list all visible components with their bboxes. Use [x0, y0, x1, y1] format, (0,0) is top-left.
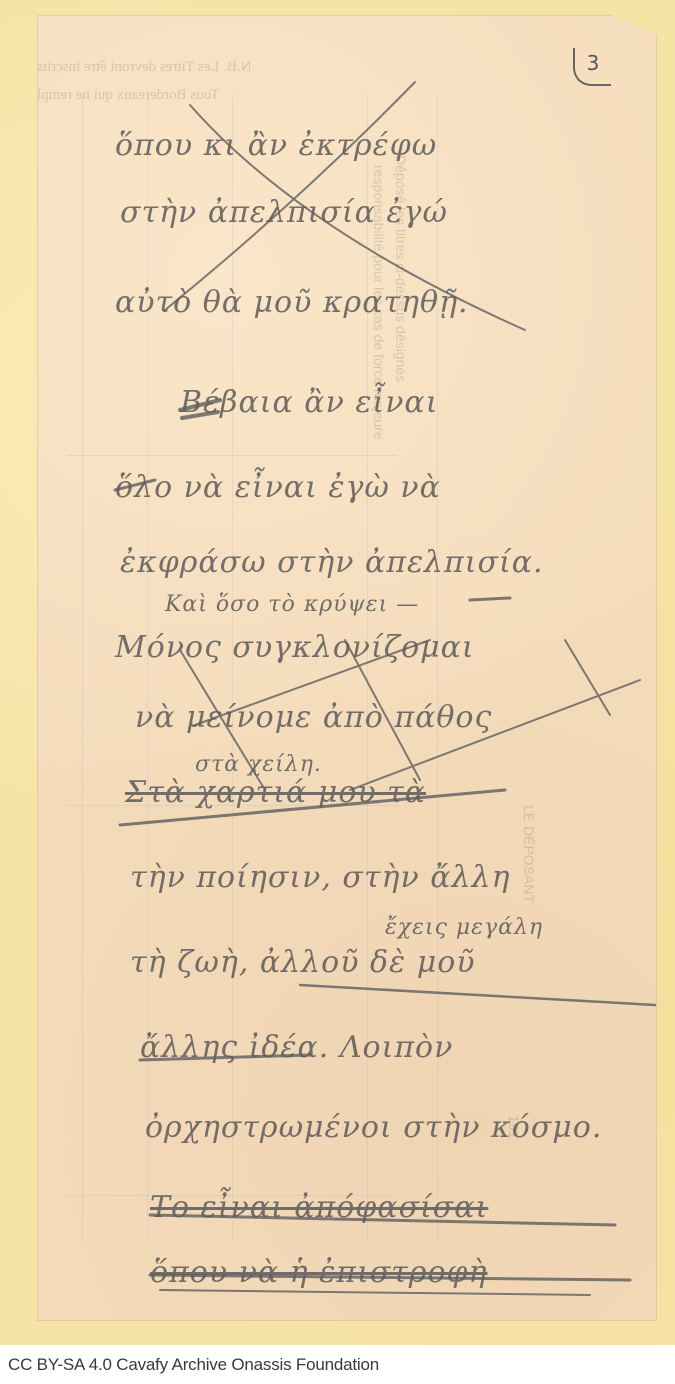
handwriting-line: ἐκφράσω στὴν ἀπελπισία.	[120, 545, 544, 580]
printed-bleed-text: N.B. Les Titres devront être inscrits	[37, 59, 252, 76]
handwriting-line: Βέβαια ἂν εἶναι	[180, 385, 438, 420]
license-caption-bar: CC BY-SA 4.0 Cavafy Archive Onassis Foun…	[0, 1345, 675, 1384]
handwriting-line: τὴν ποίησιν, στὴν ἄλλη	[130, 860, 511, 895]
handwriting-line: αὐτὸ θὰ μοῦ κρατηθῇ.	[115, 285, 469, 320]
printed-bleed-text: LE DÉPOSANT	[521, 805, 537, 903]
handwriting-line: ὅλο νὰ εἶναι ἐγὼ νὰ	[115, 470, 441, 505]
license-caption-text: CC BY-SA 4.0 Cavafy Archive Onassis Foun…	[8, 1355, 379, 1375]
handwriting-line: νὰ μείνομε ἀπὸ πάθος	[135, 700, 492, 735]
form-grid-line	[367, 95, 368, 1241]
handwriting-line: στὴν ἀπελπισία ἐγώ	[120, 195, 448, 230]
handwriting-line: Το εἶναι ἀπόφασίσαι	[150, 1190, 488, 1225]
scan-background: N.B. Les Titres devront être inscrits To…	[0, 0, 675, 1345]
handwriting-interlinear: Καὶ ὅσο τὸ κρύψει —	[165, 592, 419, 617]
form-grid-line	[232, 95, 233, 1241]
printed-bleed-text: Tous Bordereaux qui ne rempl	[37, 87, 219, 104]
handwriting-line: τὴ ζωὴ, ἀλλοῦ δὲ μοῦ	[130, 945, 476, 980]
printed-bleed-text: Déposé les titres ci-dessus désignés	[393, 155, 409, 382]
form-grid-line	[147, 95, 148, 1241]
handwriting-line: Στὰ χαρτιά μου τὰ	[125, 775, 426, 810]
handwriting-interlinear: στὰ χείλη.	[195, 752, 322, 777]
handwriting-line: ὀρχηστρωμένοι στὴν κόσμο.	[145, 1110, 602, 1145]
handwriting-interlinear: ἔχεις μεγάλη	[385, 915, 543, 940]
handwriting-line: ἄλλης ἰδέα. Λοιπὸν	[140, 1030, 453, 1065]
form-grid-line	[82, 95, 83, 1241]
handwriting-line: ὅπου νὰ ἡ ἐπιστροφὴ	[150, 1255, 488, 1290]
page-number-mark: 3	[573, 48, 611, 86]
handwriting-line: Μόνος συγκλονίζομαι	[115, 630, 475, 665]
handwriting-line: ὅπου κι ἂν ἐκτρέφω	[115, 128, 437, 163]
form-grid-line	[437, 95, 438, 1241]
